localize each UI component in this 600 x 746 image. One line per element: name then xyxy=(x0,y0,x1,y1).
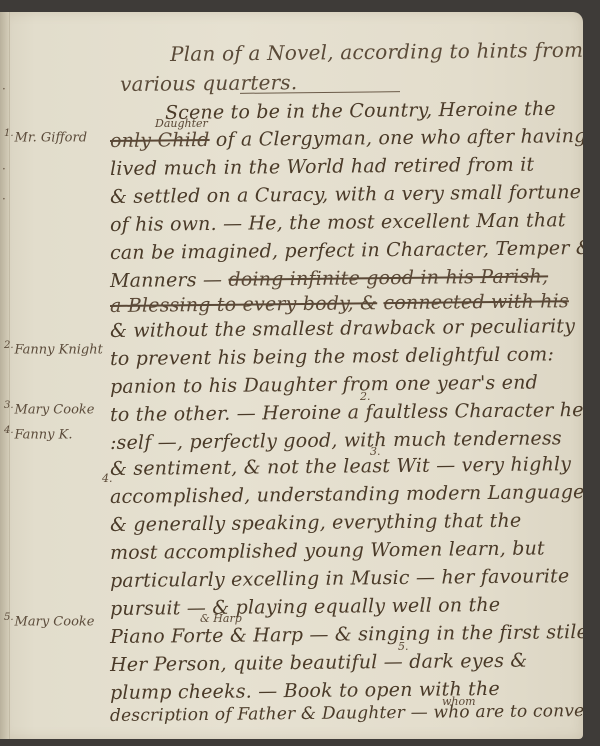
margin-tick: · xyxy=(2,82,6,96)
text-line: :self —, perfectly good, with much tende… xyxy=(110,427,562,454)
insert-daughter: Daughter xyxy=(155,117,208,130)
text-line: description of Father & Daughter — who a… xyxy=(110,701,600,726)
text-line: & generally speaking, everything that th… xyxy=(110,510,522,536)
text-line: Piano Forte & Harp — & singing in the fi… xyxy=(110,621,595,648)
text-line: Her Person, quite beautiful — dark eyes … xyxy=(110,650,528,676)
insert-num-4: 4. xyxy=(102,472,113,485)
text-line: of his own. — He, the most excellent Man… xyxy=(110,209,566,236)
text-line: pursuit — & playing equally well on the xyxy=(110,594,500,620)
margin-tick: · xyxy=(2,192,6,206)
title-line-1: Plan of a Novel, according to hints from xyxy=(170,38,584,66)
insert-harp: & Harp xyxy=(200,612,242,625)
text-line: & settled on a Curacy, with a very small… xyxy=(110,181,581,208)
struck-doing-good: doing infinite good in his Parish, xyxy=(228,265,548,290)
margin-note-2: 2.Fanny Knight xyxy=(4,340,103,357)
text-line: only Child of a Clergyman, one who after… xyxy=(110,125,587,152)
text-line: & without the smallest drawback or pecul… xyxy=(110,315,575,342)
text-line: a Blessing to every body, & connected wi… xyxy=(110,290,569,317)
text-line: can be imagined, perfect in Character, T… xyxy=(110,237,593,264)
margin-tick: · xyxy=(2,162,6,176)
margin-note-5: 5.Mary Cooke xyxy=(4,612,94,629)
text-line: panion to his Daughter from one year's e… xyxy=(110,372,538,398)
text-line: particularly excelling in Music — her fa… xyxy=(110,565,570,592)
text-line: & sentiment, & not the least Wit — very … xyxy=(110,453,571,480)
struck-connected: connected with his xyxy=(383,290,569,314)
text-line: most accomplished young Women learn, but xyxy=(110,537,545,564)
page-binding-edge xyxy=(0,12,10,739)
margin-note-1: 1.Mr. Gifford xyxy=(4,128,87,145)
text-line: lived much in the World had retired from… xyxy=(110,154,535,180)
text-line: Scene to be in the Country, Heroine the xyxy=(165,98,556,124)
text-line: to prevent his being the most delightful… xyxy=(110,343,554,370)
text-line: accomplished, understanding modern Langu… xyxy=(110,481,595,508)
struck-only-child: only Child xyxy=(110,129,210,152)
text-line: Manners — doing infinite good in his Par… xyxy=(110,265,548,292)
manuscript-page: · · · Plan of a Novel, according to hint… xyxy=(0,12,583,739)
margin-note-3: 3.Mary Cooke xyxy=(4,400,94,417)
text-line: to the other. — Heroine a faultless Char… xyxy=(110,399,600,426)
margin-note-4: 4.Fanny K. xyxy=(4,425,73,442)
scan-background-edge xyxy=(583,12,600,739)
